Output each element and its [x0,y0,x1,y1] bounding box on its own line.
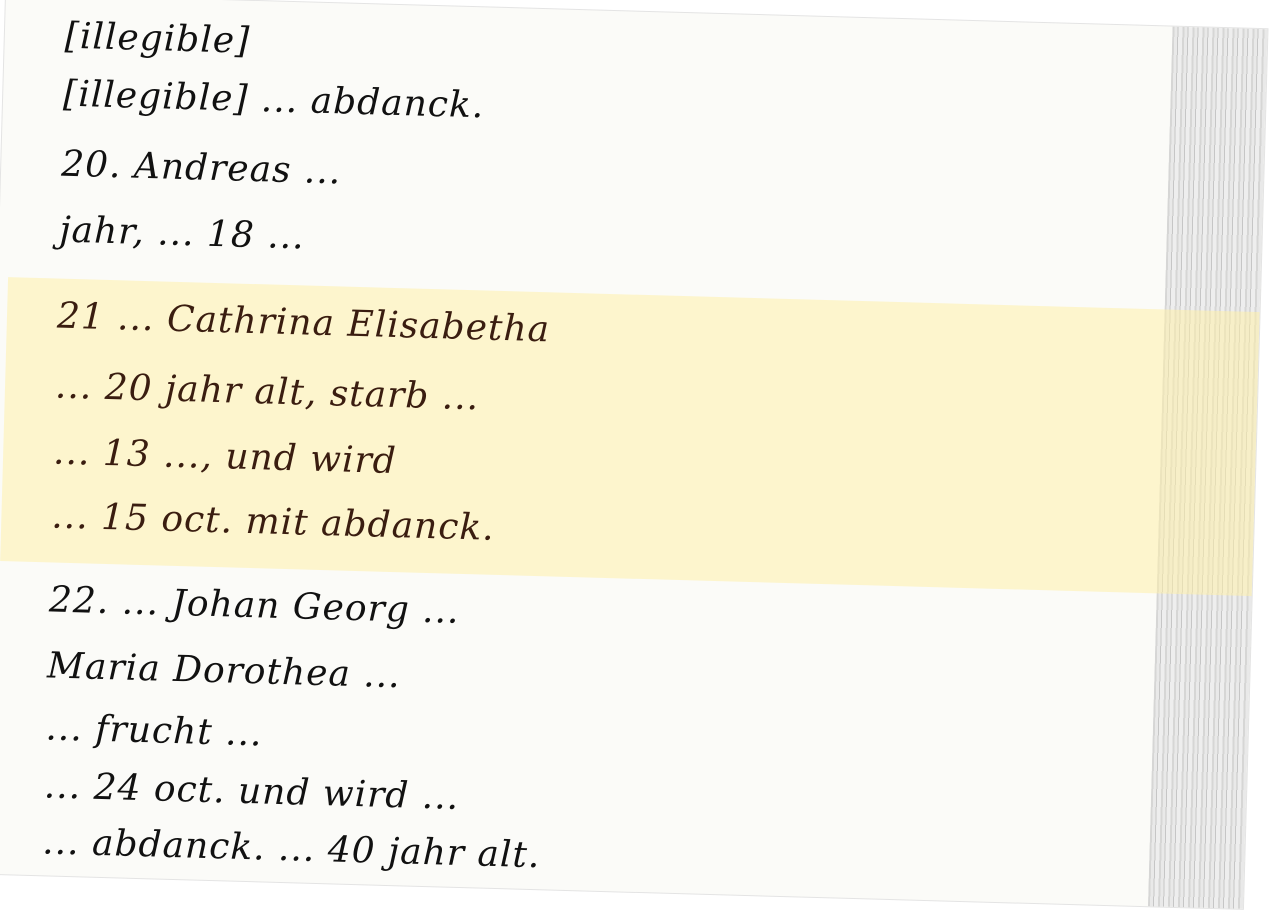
register-page: [illegible] [illegible] ... abdanck. 20.… [0,0,1268,909]
handwritten-line: ... abdanck. ... 40 jahr alt. [42,821,541,876]
handwritten-line: jahr, ... 18 ... [59,210,305,258]
handwritten-line: 20. Andreas ... [61,144,342,193]
handwritten-line: Maria Dorothea ... [47,645,402,696]
handwritten-line: [illegible] [64,16,250,62]
handwritten-line: 22. ... Johan Georg ... [49,579,461,631]
entry-previous: [illegible] [illegible] ... abdanck. [6,0,1268,29]
handwritten-line: ... frucht ... [45,707,263,754]
handwritten-line: ... 24 oct. und wird ... [43,765,459,818]
handwritten-line: [illegible] ... abdanck. [63,74,485,127]
